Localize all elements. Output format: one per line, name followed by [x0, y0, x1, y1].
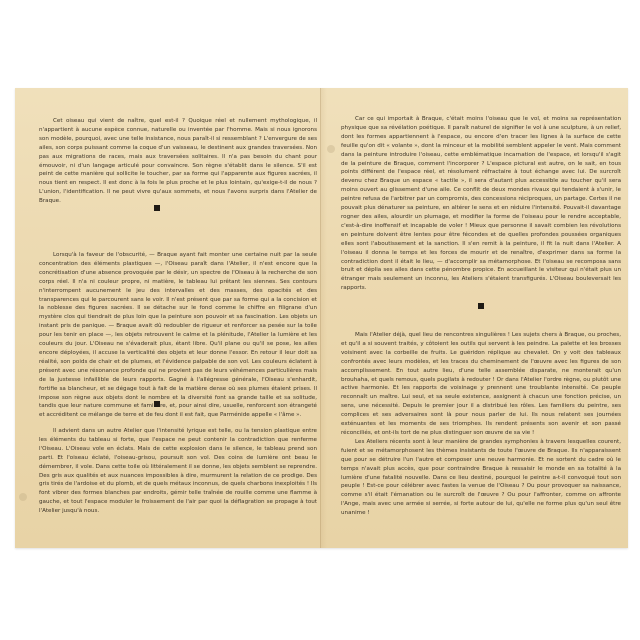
section-separator-square: [154, 401, 160, 407]
document-spread: Cet oiseau qui vient de naître, quel est…: [15, 88, 628, 548]
paragraph: Lorsqu'à la faveur de l'obscurité, — Bra…: [39, 251, 317, 420]
paragraph: Il advient dans un autre Atelier que l'i…: [39, 427, 317, 516]
punch-mark: [19, 493, 27, 501]
left-page: Cet oiseau qui vient de naître, quel est…: [15, 88, 320, 548]
right-page: Car ce qui importait à Braque, c'était m…: [321, 88, 628, 548]
punch-mark: [327, 145, 335, 153]
left-section-3: Il advient dans un autre Atelier que l'i…: [39, 427, 317, 516]
paragraph: Mais l'Atelier déjà, quel lieu de rencon…: [341, 331, 621, 438]
paragraph: Car ce qui importait à Braque, c'était m…: [341, 115, 621, 293]
left-section-1: Cet oiseau qui vient de naître, quel est…: [39, 117, 317, 206]
section-separator-square: [154, 205, 160, 211]
paragraph: Les Ateliers récents sont à leur manière…: [341, 438, 621, 518]
left-section-2: Lorsqu'à la faveur de l'obscurité, — Bra…: [39, 251, 317, 420]
right-section-1: Car ce qui importait à Braque, c'était m…: [341, 115, 621, 293]
section-separator-square: [478, 303, 484, 309]
paragraph: Cet oiseau qui vient de naître, quel est…: [39, 117, 317, 206]
right-section-2: Mais l'Atelier déjà, quel lieu de rencon…: [341, 331, 621, 518]
